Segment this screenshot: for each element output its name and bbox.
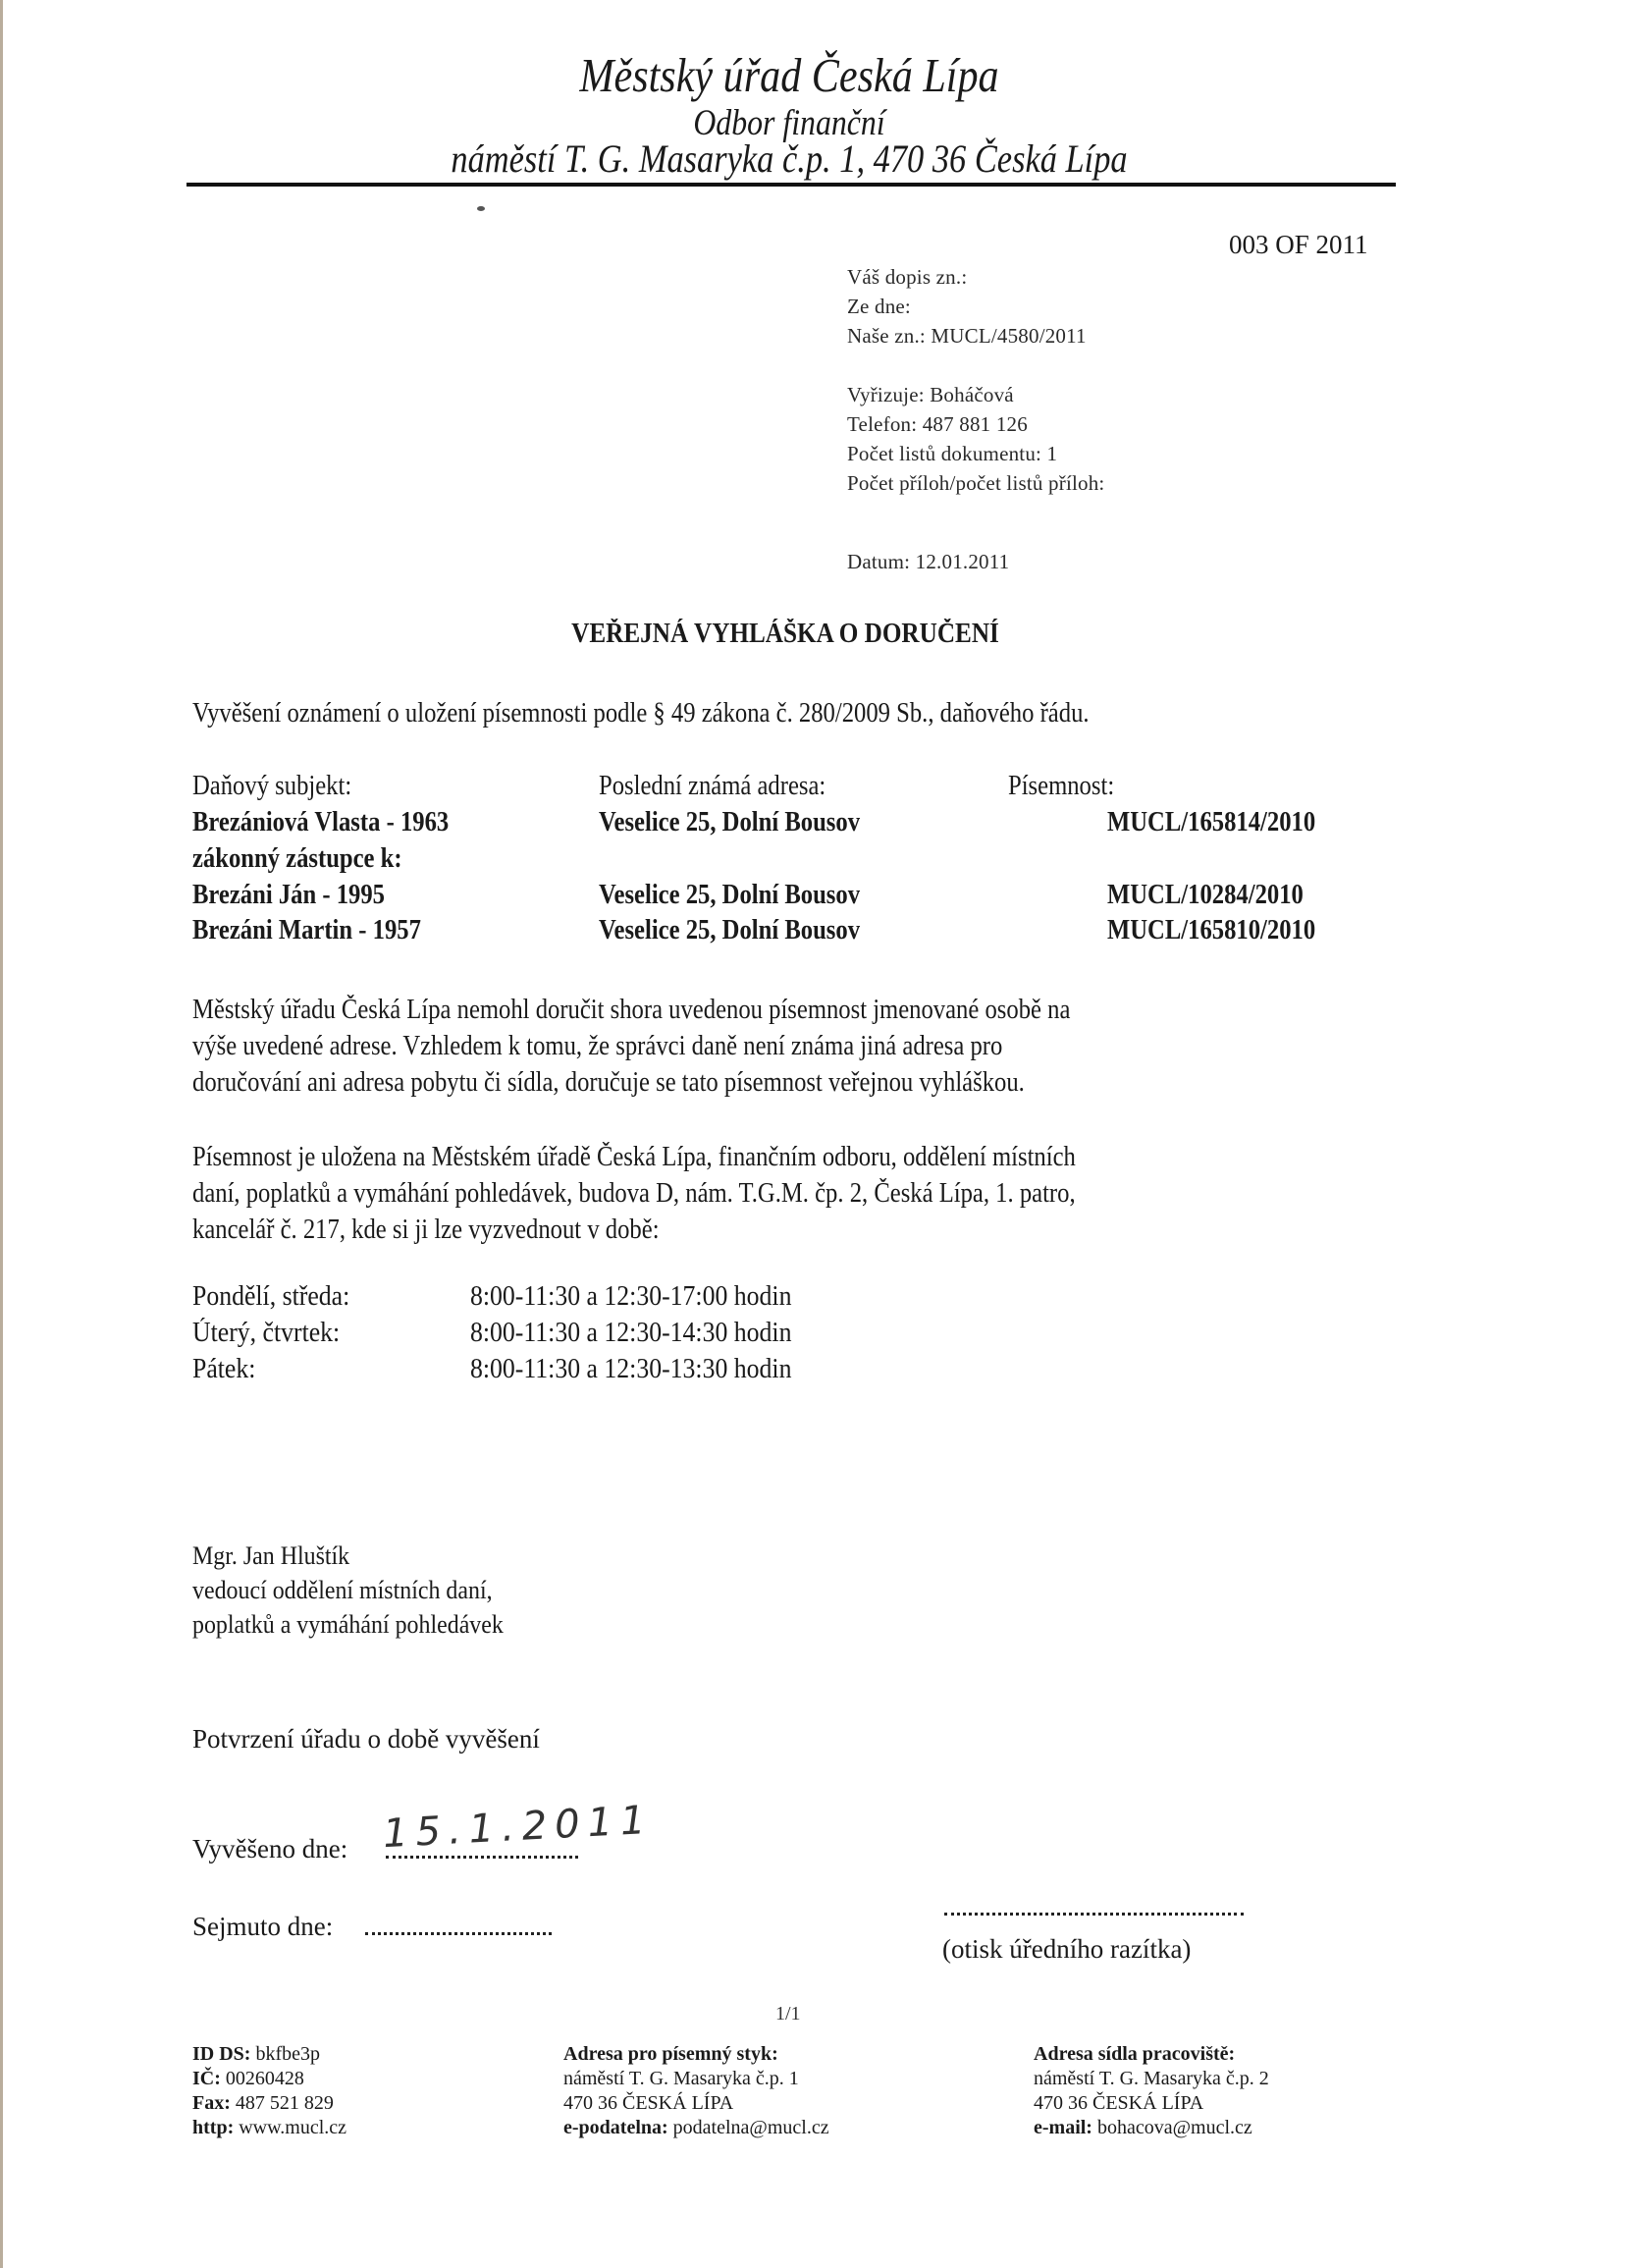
footer-epodatelna-link[interactable]: podatelna@mucl.cz: [673, 2117, 829, 2138]
row-document: MUCL/10284/2010: [1107, 880, 1304, 911]
hours-time: 8:00-11:30 a 12:30-17:00 hodin: [470, 1281, 791, 1313]
th-address: Poslední známá adresa:: [599, 771, 825, 802]
paragraph-pickup-location: Písemnost je uložena na Městském úřadě Č…: [192, 1139, 1574, 1248]
stamp-caption: (otisk úředního razítka): [942, 1934, 1191, 1965]
page-number: 1/1: [775, 2003, 801, 2025]
reference-number: 003 OF 2011: [1229, 230, 1368, 260]
footer-label: IČ:: [192, 2068, 221, 2089]
footer-databox-id: bkfbe3p: [255, 2043, 320, 2065]
hours-days: Pátek:: [192, 1354, 255, 1385]
ref-handled-by: Vyřizuje: Boháčová: [847, 383, 1014, 407]
signatory-name: Mgr. Jan Hluštík: [192, 1541, 349, 1571]
paragraph-line: Městský úřadu Česká Lípa nemohl doručit …: [192, 992, 1409, 1028]
footer-address-line: 470 36 ČESKÁ LÍPA: [563, 2091, 829, 2116]
paragraph-undeliverable: Městský úřadu Česká Lípa nemohl doručit …: [192, 992, 1574, 1101]
paragraph-line: doručování ani adresa pobytu či sídla, d…: [192, 1064, 1409, 1101]
th-document: Písemnost:: [1008, 771, 1114, 802]
row-address: Veselice 25, Dolní Bousov: [599, 880, 860, 911]
paragraph-line: výše uvedené adrese. Vzhledem k tomu, že…: [192, 1028, 1409, 1064]
footer-label: http:: [192, 2117, 234, 2138]
footer-mailing-address: Adresa pro písemný styk: náměstí T. G. M…: [563, 2042, 829, 2140]
hours-days: Úterý, čtvrtek:: [192, 1318, 340, 1349]
document-title: VEŘEJNÁ VYHLÁŠKA O DORUČENÍ: [79, 619, 1492, 650]
removed-label: Sejmuto dne:: [192, 1912, 333, 1942]
footer-label: ID DS:: [192, 2043, 250, 2065]
row-subject: Brezániová Vlasta - 1963: [192, 807, 449, 838]
hours-days: Pondělí, středa:: [192, 1281, 349, 1313]
row-subject: Brezáni Ján - 1995: [192, 880, 385, 911]
paragraph-line: kancelář č. 217, kde si ji lze vyzvednou…: [192, 1212, 1409, 1248]
footer-website-link[interactable]: www.mucl.cz: [239, 2117, 346, 2138]
row-document: MUCL/165810/2010: [1107, 915, 1315, 946]
scan-speck: [477, 206, 485, 211]
ref-attachments: Počet příloh/počet listů příloh:: [847, 471, 1104, 496]
footer-email-link[interactable]: bohacova@mucl.cz: [1097, 2117, 1252, 2138]
letterhead-rule: [186, 183, 1396, 187]
footer-heading: Adresa sídla pracoviště:: [1034, 2042, 1269, 2067]
footer-heading: Adresa pro písemný styk:: [563, 2042, 829, 2067]
posted-date-line: [386, 1856, 578, 1859]
ref-date: Datum: 12.01.2011: [847, 550, 1009, 574]
footer-address-line: náměstí T. G. Masaryka č.p. 2: [1034, 2067, 1269, 2091]
paragraph-line: daní, poplatků a vymáhání pohledávek, bu…: [192, 1175, 1409, 1212]
posting-heading: Potvrzení úřadu o době vyvěšení: [192, 1724, 540, 1755]
footer-address-line: náměstí T. G. Masaryka č.p. 1: [563, 2067, 829, 2091]
th-subject: Daňový subjekt:: [192, 771, 351, 802]
row-address: Veselice 25, Dolní Bousov: [599, 807, 860, 838]
row-address: Veselice 25, Dolní Bousov: [599, 915, 860, 946]
row-document: MUCL/165814/2010: [1107, 807, 1315, 838]
hours-time: 8:00-11:30 a 12:30-14:30 hodin: [470, 1318, 791, 1349]
letterhead-address: náměstí T. G. Masaryka č.p. 1, 470 36 Če…: [111, 135, 1468, 182]
paragraph-line: Písemnost je uložena na Městském úřadě Č…: [192, 1139, 1409, 1175]
footer-label: e-podatelna:: [563, 2117, 668, 2138]
footer-label: e-mail:: [1034, 2117, 1092, 2138]
removed-date-line: [365, 1932, 552, 1935]
stamp-line: [944, 1913, 1244, 1916]
posted-date-handwritten: 15.1.2011: [382, 1798, 655, 1857]
footer-address-line: 470 36 ČESKÁ LÍPA: [1034, 2091, 1269, 2116]
posted-label: Vyvěšeno dne:: [192, 1834, 347, 1864]
ref-our-ref: Naše zn.: MUCL/4580/2011: [847, 324, 1087, 349]
row-subject: Brezáni Martin - 1957: [192, 915, 421, 946]
signatory-role-line1: vedoucí oddělení místních daní,: [192, 1576, 493, 1605]
ref-phone: Telefon: 487 881 126: [847, 412, 1028, 437]
footer-ic: 00260428: [226, 2068, 304, 2089]
ref-sheet-count: Počet listů dokumentu: 1: [847, 442, 1057, 466]
hours-time: 8:00-11:30 a 12:30-13:30 hodin: [470, 1354, 791, 1385]
ref-dated: Ze dne:: [847, 295, 911, 319]
signatory-role-line2: poplatků a vymáhání pohledávek: [192, 1610, 504, 1640]
scan-border: [0, 0, 3, 2268]
letterhead-office: Městský úřad Česká Lípa: [111, 47, 1468, 103]
intro-text: Vyvěšení oznámení o uložení písemnosti p…: [192, 698, 1090, 729]
footer-label: Fax:: [192, 2092, 231, 2114]
footer-office-address: Adresa sídla pracoviště: náměstí T. G. M…: [1034, 2042, 1269, 2140]
ref-your-letter: Váš dopis zn.:: [847, 265, 967, 290]
row-subject: zákonný zástupce k:: [192, 843, 402, 875]
footer-ids: ID DS: bkfbe3p IČ: 00260428 Fax: 487 521…: [192, 2042, 346, 2140]
footer-fax: 487 521 829: [236, 2092, 334, 2114]
